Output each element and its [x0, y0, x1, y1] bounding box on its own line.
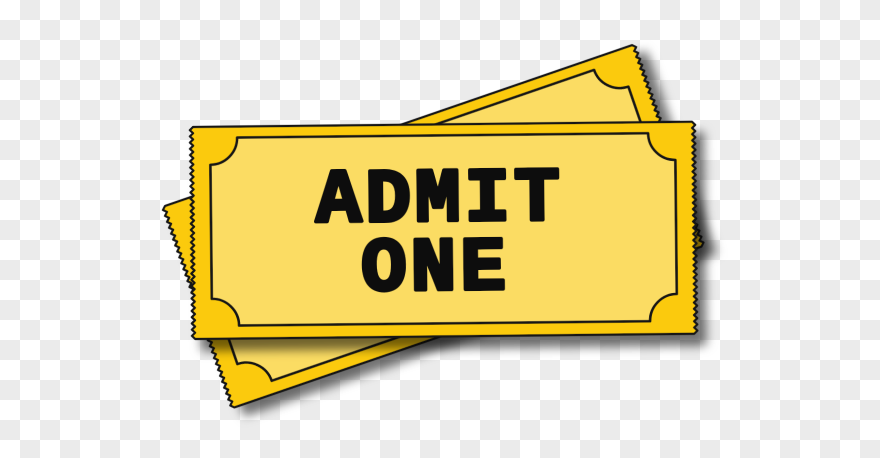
admit-ticket-front: ADMIT ONE [190, 122, 698, 339]
ticket-text-one: ONE [361, 226, 511, 314]
admit-one-tickets-illustration: ADMIT ONE [0, 0, 880, 458]
transparent-checkerboard-background: ADMIT ONE [0, 0, 880, 458]
